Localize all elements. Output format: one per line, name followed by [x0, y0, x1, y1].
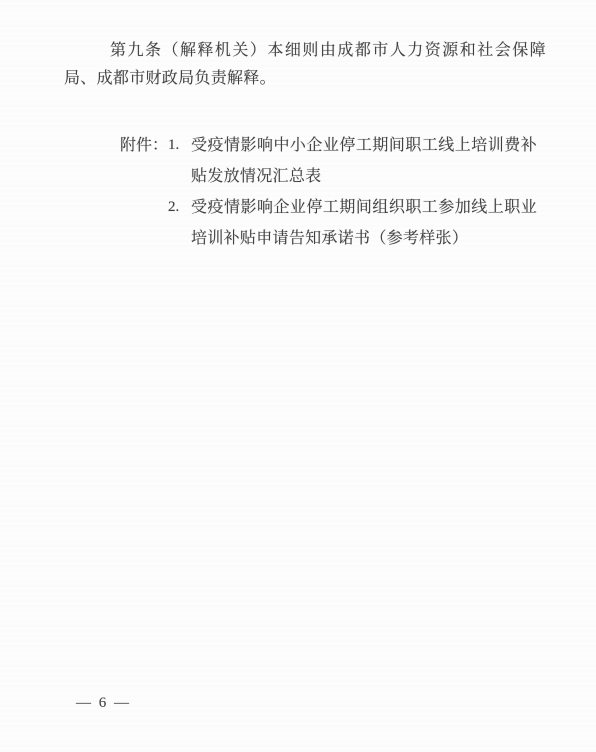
attachment-item-2-text: 受疫情影响企业停工期间组织职工参加线上职业培训补贴申请告知承诺书（参考样张） — [191, 192, 537, 254]
page-number: — 6 — — [76, 694, 131, 712]
attachment-item-2: 2. 受疫情影响企业停工期间组织职工参加线上职业培训补贴申请告知承诺书（参考样张… — [168, 192, 537, 254]
document-page: 第九条（解释机关）本细则由成都市人力资源和社会保障局、成都市财政局负责解释。 附… — [0, 0, 596, 752]
attachments-list: 1. 受疫情影响中小企业停工期间职工线上培训费补贴发放情况汇总表 2. 受疫情影… — [168, 130, 537, 254]
attachments-block: 附件： 1. 受疫情影响中小企业停工期间职工线上培训费补贴发放情况汇总表 2. … — [120, 130, 537, 254]
attachment-item-1-text: 受疫情影响中小企业停工期间职工线上培训费补贴发放情况汇总表 — [191, 130, 537, 192]
attachments-label: 附件： — [120, 130, 168, 161]
attachment-item-1-number: 1. — [168, 130, 191, 161]
attachment-item-2-number: 2. — [168, 192, 191, 223]
article-paragraph: 第九条（解释机关）本细则由成都市人力资源和社会保障局、成都市财政局负责解释。 — [64, 37, 546, 93]
attachment-item-1: 1. 受疫情影响中小企业停工期间职工线上培训费补贴发放情况汇总表 — [168, 130, 537, 192]
